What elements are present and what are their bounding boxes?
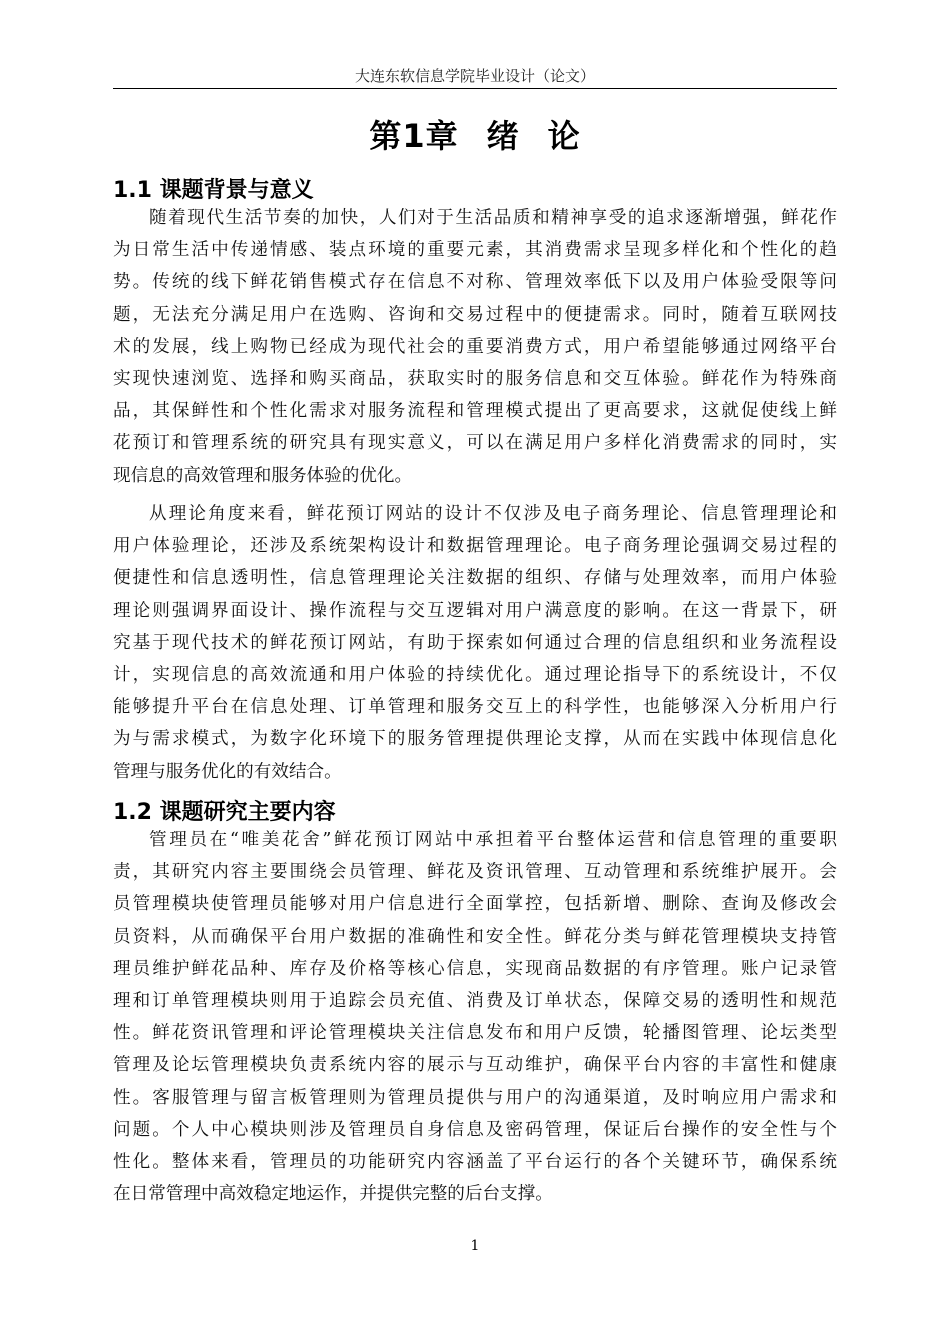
- text-line: 问题。个人中心模块则涉及管理员自身信息及密码管理，保证后台操作的安全性与个: [113, 1114, 837, 1146]
- text-line: 为与需求模式，为数字化环境下的服务管理提供理论支撑，从而在实践中体现信息化: [113, 723, 837, 755]
- text-line: 性。鲜花资讯管理和评论管理模块关注信息发布和用户反馈，轮播图管理、论坛类型: [113, 1017, 837, 1049]
- text-line: 花预订和管理系统的研究具有现实意义，可以在满足用户多样化消费需求的同时，实: [113, 427, 837, 459]
- text-line: 性。客服管理与留言板管理则为管理员提供与用户的沟通渠道，及时响应用户需求和: [113, 1082, 837, 1114]
- text-line: 究基于现代技术的鲜花预订网站，有助于探索如何通过合理的信息组织和业务流程设: [113, 627, 837, 659]
- text-line: 势。传统的线下鲜花销售模式存在信息不对称、管理效率低下以及用户体验受限等问: [113, 266, 837, 298]
- running-header: 大连东软信息学院毕业设计（论文）: [113, 64, 837, 89]
- text-line: 为日常生活中传递情感、装点环境的重要元素，其消费需求呈现多样化和个性化的趋: [113, 234, 837, 266]
- text-line: 员资料，从而确保平台用户数据的准确性和安全性。鲜花分类与鲜花管理模块支持管: [113, 921, 837, 953]
- chapter-label: 第1章: [369, 117, 458, 155]
- text-line: 能够提升平台在信息处理、订单管理和服务交互上的科学性，也能够深入分析用户行: [113, 691, 837, 723]
- chapter-title-part1: 绪: [487, 117, 520, 155]
- text-line: 理员维护鲜花品种、库存及价格等核心信息，实现商品数据的有序管理。账户记录管: [113, 953, 837, 985]
- text-line: 便捷性和信息透明性，信息管理理论关注数据的组织、存储与处理效率，而用户体验: [113, 562, 837, 594]
- text-line: 用户体验理论，还涉及系统架构设计和数据管理理论。电子商务理论强调交易过程的: [113, 530, 837, 562]
- chapter-title-part2: 论: [548, 117, 581, 155]
- paragraph: 随着现代生活节奏的加快，人们对于生活品质和精神享受的追求逐渐增强，鲜花作 为日常…: [113, 202, 837, 492]
- text-line: 计，实现信息的高效流通和用户体验的持续优化。通过理论指导下的系统设计，不仅: [113, 659, 837, 691]
- text-line: 性化。整体来看，管理员的功能研究内容涵盖了平台运行的各个关键环节，确保系统: [113, 1146, 837, 1178]
- text-line: 品，其保鲜性和个性化需求对服务流程和管理模式提出了更高要求，这就促使线上鲜: [113, 395, 837, 427]
- text-line: 现信息的高效管理和服务体验的优化。: [113, 460, 837, 492]
- page-number: 1: [113, 1236, 837, 1256]
- text-line: 理论则强调界面设计、操作流程与交互逻辑对用户满意度的影响。在这一背景下，研: [113, 595, 837, 627]
- text-line: 理和订单管理模块则用于追踪会员充值、消费及订单状态，保障交易的透明性和规范: [113, 985, 837, 1017]
- paragraph: 管理员在“唯美花舍”鲜花预订网站中承担着平台整体运营和信息管理的重要职 责，其研…: [113, 824, 837, 1210]
- text-line: 随着现代生活节奏的加快，人们对于生活品质和精神享受的追求逐渐增强，鲜花作: [113, 202, 837, 234]
- text-line: 管理与服务优化的有效结合。: [113, 756, 837, 788]
- document-page: 大连东软信息学院毕业设计（论文） 第1章绪论 1.1 课题背景与意义 随着现代生…: [0, 0, 950, 1344]
- text-line: 责，其研究内容主要围绕会员管理、鲜花及资讯管理、互动管理和系统维护展开。会: [113, 856, 837, 888]
- text-line: 术的发展，线上购物已经成为现代社会的重要消费方式，用户希望能够通过网络平台: [113, 331, 837, 363]
- paragraph: 从理论角度来看，鲜花预订网站的设计不仅涉及电子商务理论、信息管理理论和 用户体验…: [113, 498, 837, 788]
- text-line: 员管理模块使管理员能够对用户信息进行全面掌控，包括新增、删除、查询及修改会: [113, 888, 837, 920]
- chapter-title: 第1章绪论: [113, 112, 837, 160]
- text-line: 题，无法充分满足用户在选购、咨询和交易过程中的便捷需求。同时，随着互联网技: [113, 299, 837, 331]
- text-line: 实现快速浏览、选择和购买商品，获取实时的服务信息和交互体验。鲜花作为特殊商: [113, 363, 837, 395]
- text-line: 在日常管理中高效稳定地运作，并提供完整的后台支撑。: [113, 1178, 837, 1210]
- text-line: 从理论角度来看，鲜花预订网站的设计不仅涉及电子商务理论、信息管理理论和: [113, 498, 837, 530]
- text-line: 管理员在“唯美花舍”鲜花预订网站中承担着平台整体运营和信息管理的重要职: [113, 824, 837, 856]
- text-line: 管理及论坛管理模块负责系统内容的展示与互动维护，确保平台内容的丰富性和健康: [113, 1049, 837, 1081]
